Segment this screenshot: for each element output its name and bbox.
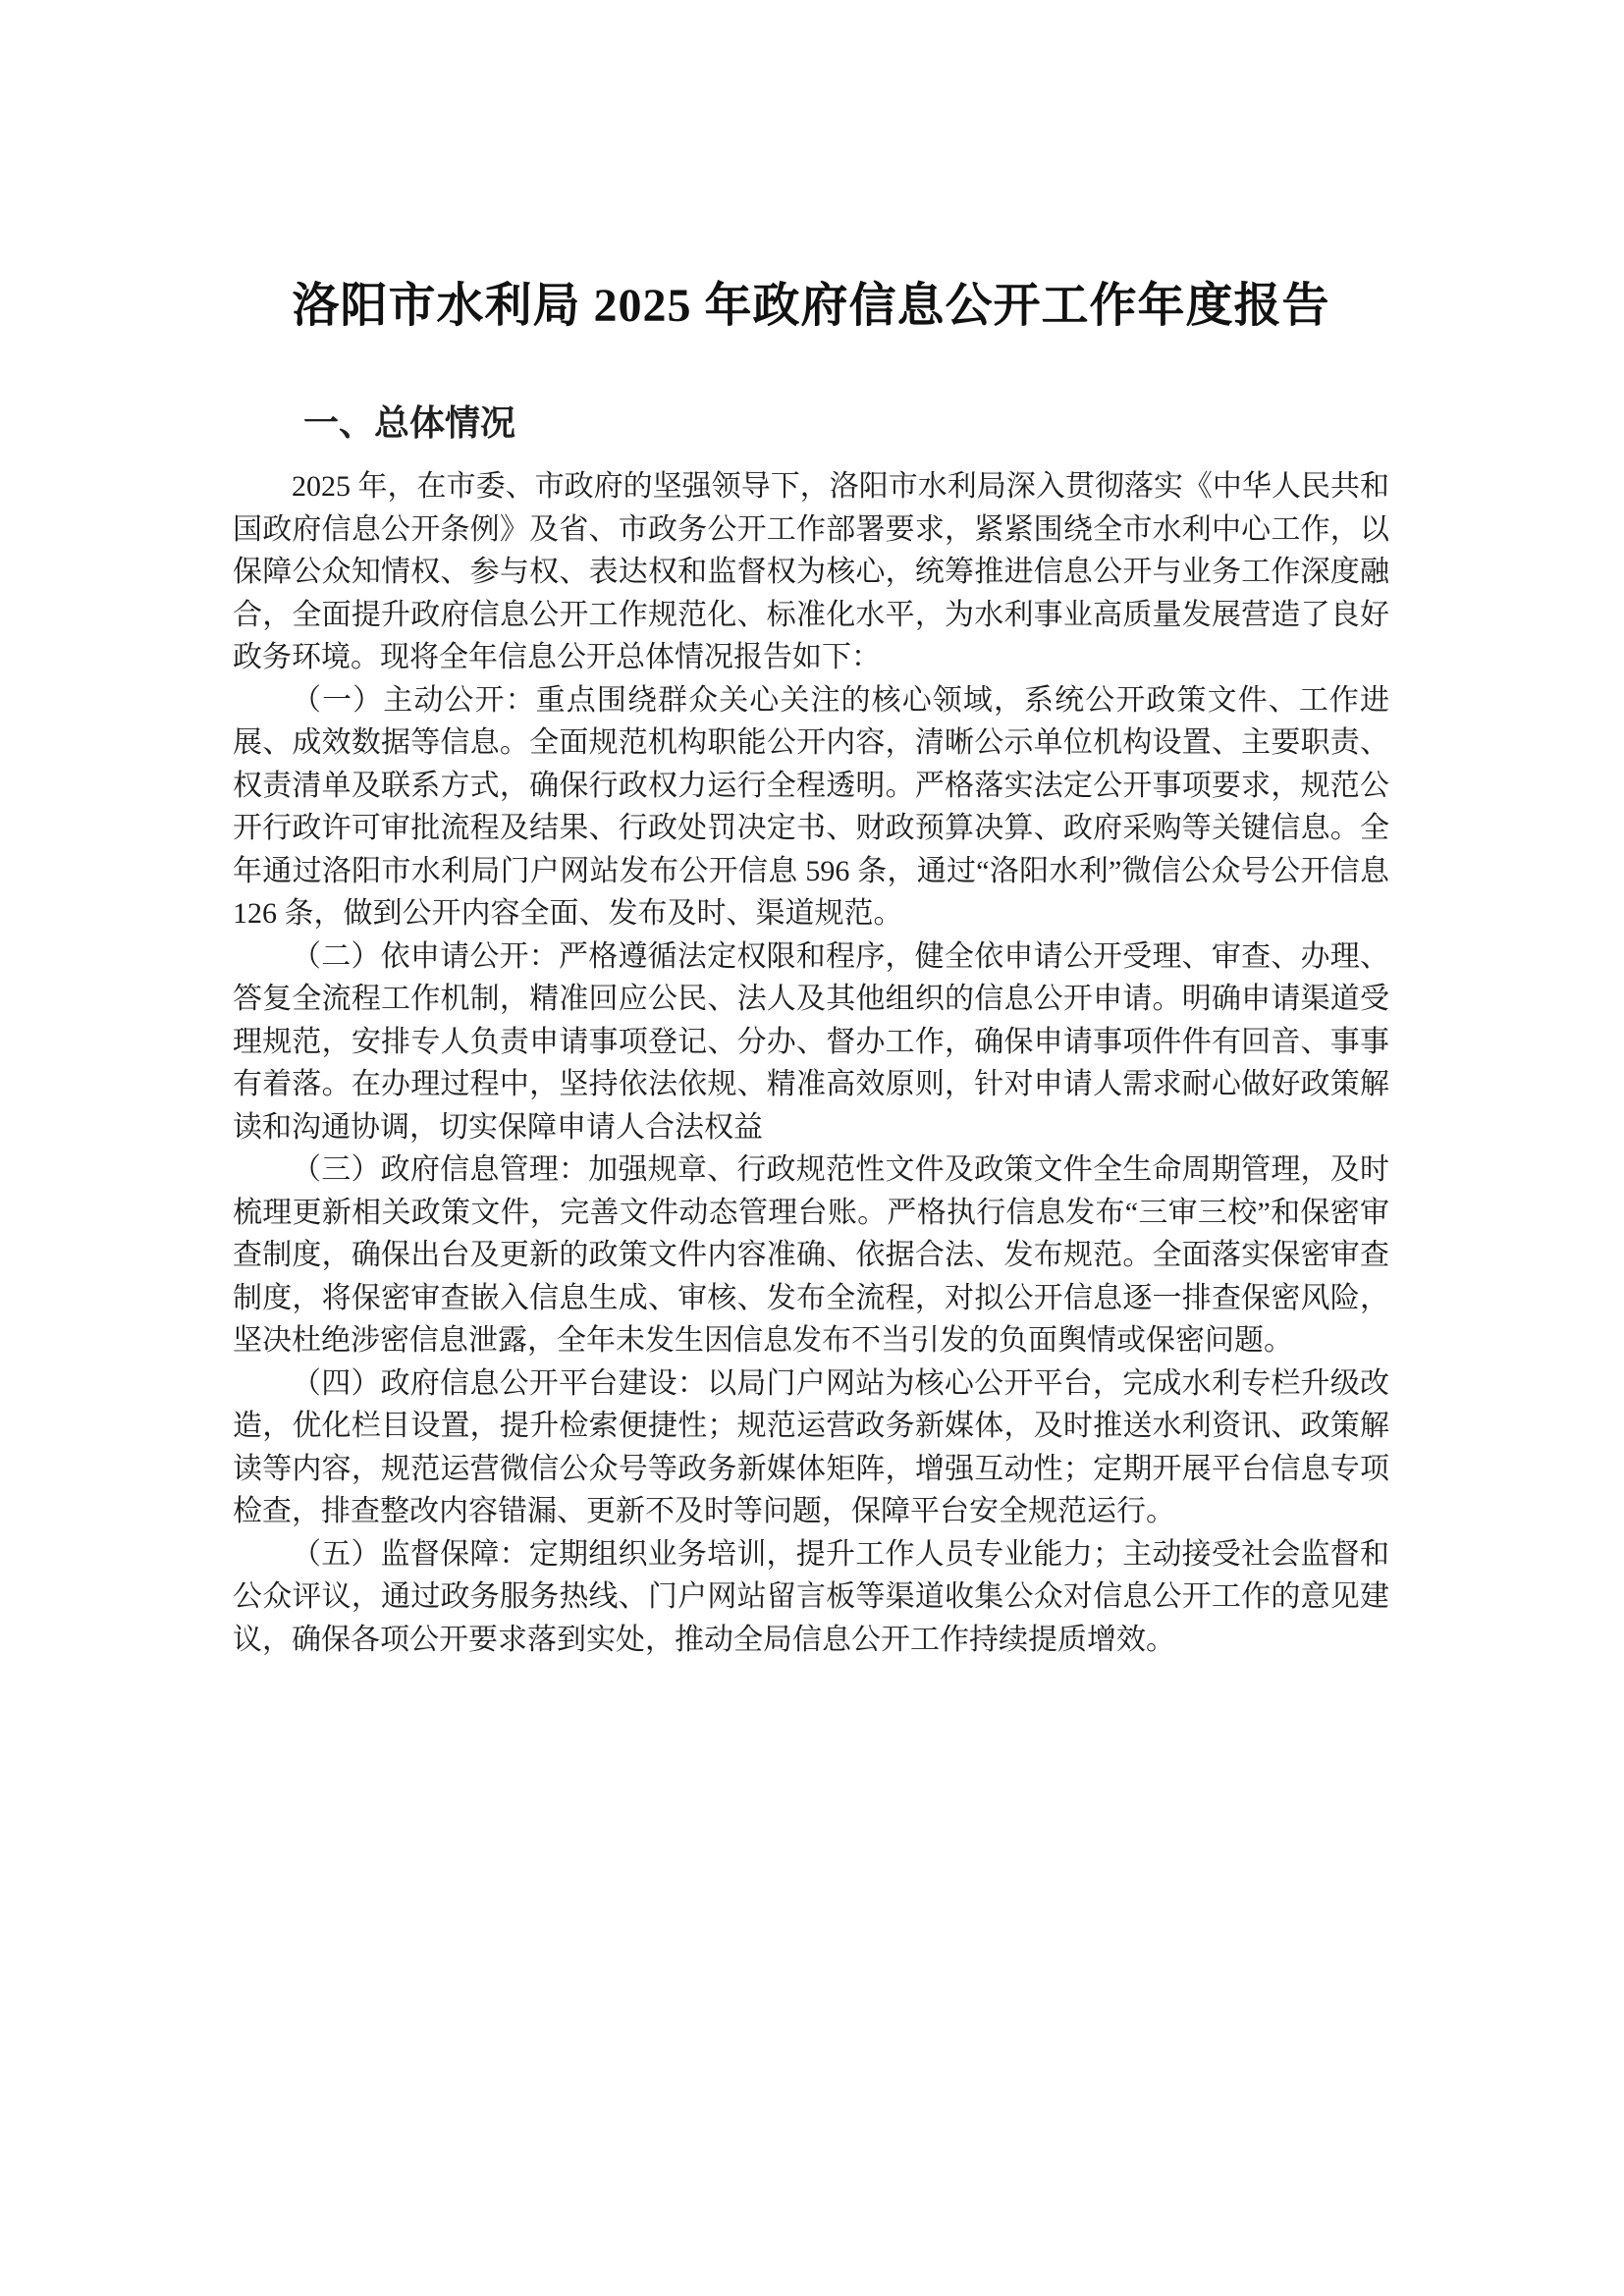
paragraph-proactive-disclosure: （一）主动公开：重点围绕群众关心关注的核心领域，系统公开政策文件、工作进展、成效…	[233, 679, 1389, 935]
paragraph-disclosure-upon-request: （二）依申请公开：严格遵循法定权限和程序，健全依申请公开受理、审查、办理、答复全…	[233, 935, 1389, 1149]
paragraph-overview: 2025 年，在市委、市政府的坚强领导下，洛阳市水利局深入贯彻落实《中华人民共和…	[233, 465, 1389, 679]
document-title: 洛阳市水利局 2025 年政府信息公开工作年度报告	[233, 275, 1389, 338]
document-body: 2025 年，在市委、市政府的坚强领导下，洛阳市水利局深入贯彻落实《中华人民共和…	[233, 465, 1389, 1661]
paragraph-supervision-guarantee: （五）监督保障：定期组织业务培训，提升工作人员专业能力；主动接受社会监督和公众评…	[233, 1533, 1389, 1662]
paragraph-platform-construction: （四）政府信息公开平台建设：以局门户网站为核心公开平台，完成水利专栏升级改造，优…	[233, 1362, 1389, 1533]
section-heading-overall-situation: 一、总体情况	[233, 400, 1389, 446]
paragraph-information-management: （三）政府信息管理：加强规章、行政规范性文件及政策文件全生命周期管理，及时梳理更…	[233, 1148, 1389, 1362]
document-page: 洛阳市水利局 2025 年政府信息公开工作年度报告 一、总体情况 2025 年，…	[0, 0, 1624, 2296]
